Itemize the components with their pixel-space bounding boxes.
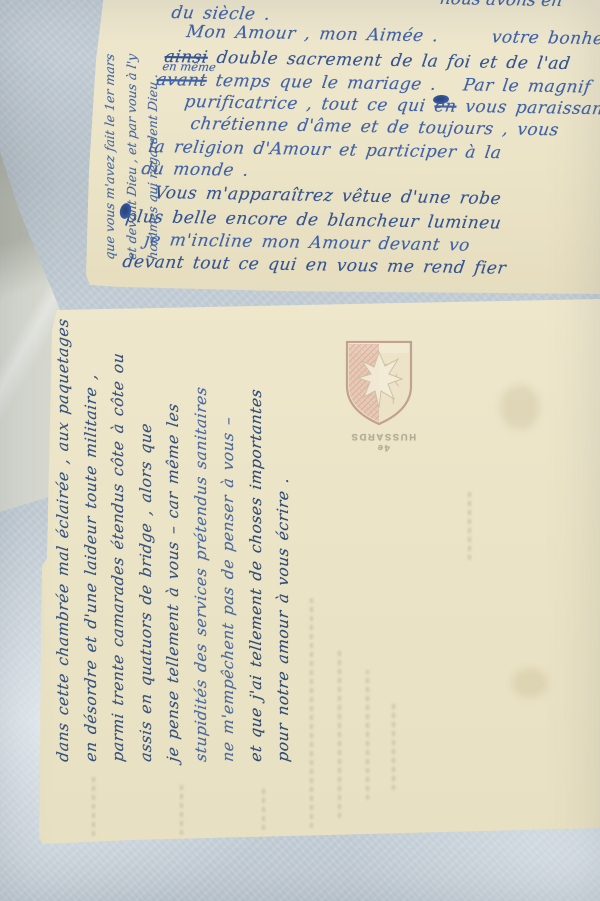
inserted-correction: en même	[162, 59, 217, 74]
handwriting-line: en désordre et d'une laideur toute milit…	[78, 298, 106, 763]
handwriting-line: pour notre amour à vous écrire .	[270, 298, 298, 763]
margin-note-line: que vous m'avez fait le 1er mars	[99, 0, 121, 261]
ghost-writing	[392, 700, 395, 790]
paper-stain	[512, 668, 548, 698]
ghost-writing	[310, 598, 313, 828]
photo-scene: nous avons en du siècle . Mon Amour , mo…	[0, 0, 600, 901]
handwriting-line: et que j'ai tellement de choses importan…	[243, 298, 271, 763]
regimental-shield-crest-icon	[341, 334, 417, 430]
handwriting-line: du siècle .	[170, 3, 272, 25]
ghost-writing	[338, 648, 341, 818]
margin-note-line: et devant Dieu , et par vous à l'y	[121, 0, 143, 261]
handwriting-line: ne m'empêchent pas de penser à vous –	[215, 298, 243, 763]
crest-caption: 4e HUSSARDS	[343, 431, 423, 453]
margin-note-line: hommes qui regardent Dieu .	[142, 0, 164, 261]
handwriting-line: parmi trente camarades étendus côte à cô…	[105, 298, 133, 763]
margin-note: que vous m'avez fait le 1er mars et deva…	[99, 0, 164, 258]
ghost-writing	[366, 670, 369, 800]
ghost-writing	[180, 785, 183, 835]
ghost-writing	[92, 776, 95, 836]
paper-stain	[500, 385, 540, 430]
ghost-writing	[468, 490, 471, 560]
handwriting-line: assis en quatuors de bridge , alors que	[133, 298, 161, 763]
bottom-letter-text: dans cette chambrée mal éclairée , aux p…	[50, 298, 298, 760]
handwriting-line: stupidités des services prétendus sanita…	[188, 298, 216, 763]
handwriting-line: dans cette chambrée mal éclairée , aux p…	[50, 298, 78, 763]
ghost-writing	[262, 788, 265, 830]
handwriting-line: je pense tellement à vous – car même les	[160, 298, 188, 763]
